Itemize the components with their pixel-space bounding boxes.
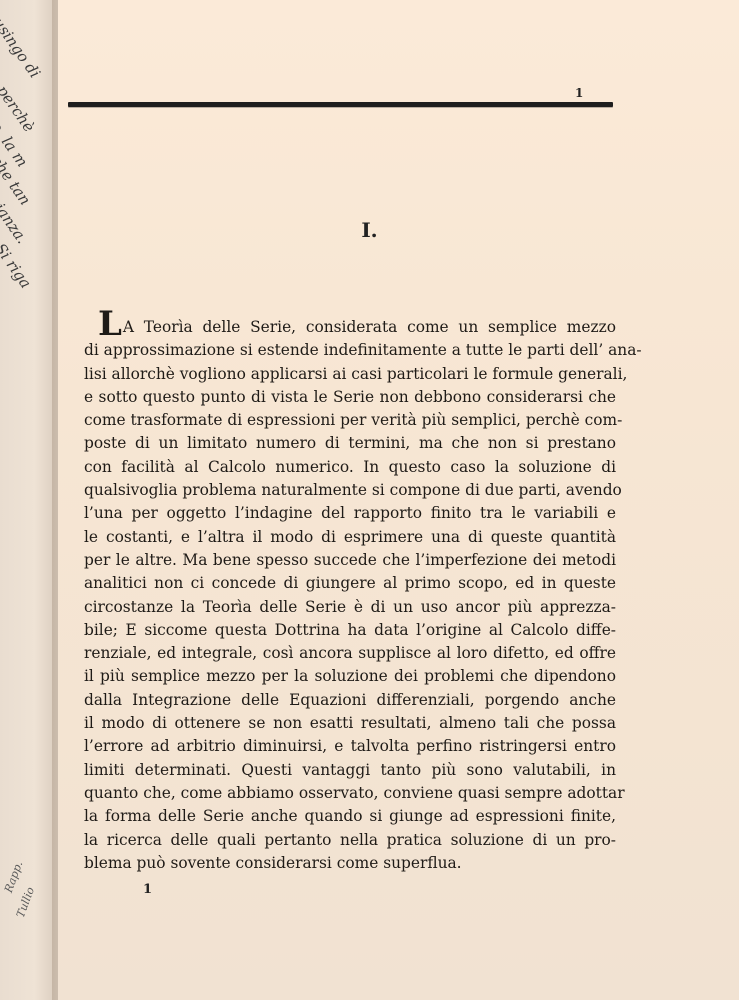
text-line: il più semplice mezzo per la soluzione d… <box>84 665 616 688</box>
text-line: blema può sovente considerarsi come supe… <box>84 852 616 875</box>
text-line: qualsivoglia problema naturalmente si co… <box>84 479 616 502</box>
drop-cap: L <box>98 304 122 344</box>
text-line: l’errore ad arbitrio diminuirsi, e talvo… <box>84 735 616 758</box>
text-line-content: A Teorìa delle Serie, considerata come u… <box>123 318 616 336</box>
text-line: quanto che, come abbiamo osservato, conv… <box>84 782 616 805</box>
signature-mark: 1 <box>143 882 152 897</box>
handwritten-note: usingo di <box>0 14 44 81</box>
body-paragraph: LA Teorìa delle Serie, considerata come … <box>84 314 616 875</box>
text-line: bile; E siccome questa Dottrina ha data … <box>84 619 616 642</box>
text-line: dalla Integrazione delle Equazioni diffe… <box>84 689 616 712</box>
page-number: 1 <box>575 86 583 100</box>
text-line: LA Teorìa delle Serie, considerata come … <box>84 314 616 339</box>
text-line: con facilità al Calcolo numerico. In que… <box>84 456 616 479</box>
text-line: circostanze la Teorìa delle Serie è di u… <box>84 596 616 619</box>
handwritten-note: Si riga <box>0 240 35 292</box>
text-line: il modo di ottenere se non esatti result… <box>84 712 616 735</box>
text-line: come trasformate di espressioni per veri… <box>84 409 616 432</box>
text-line: poste di un limitato numero di termini, … <box>84 432 616 455</box>
text-line: la forma delle Serie anche quando si giu… <box>84 805 616 828</box>
text-line: analitici non ci concede di giungere al … <box>84 572 616 595</box>
facing-page: usingo di perchè o, la m che tan nianza.… <box>0 0 58 1000</box>
text-line: l’una per oggetto l’indagine del rapport… <box>84 502 616 525</box>
chapter-heading: I. <box>0 218 739 242</box>
text-line: di approssimazione si estende indefinita… <box>84 339 616 362</box>
text-line: limiti determinati. Questi vantaggi tant… <box>84 759 616 782</box>
handwritten-annotation: Rapp. <box>2 859 25 894</box>
text-line: renziale, ed integrale, così ancora supp… <box>84 642 616 665</box>
text-line: per le altre. Ma bene spesso succede che… <box>84 549 616 572</box>
handwritten-annotation: Tullio <box>14 885 37 919</box>
text-line: lisi allorchè vogliono applicarsi ai cas… <box>84 363 616 386</box>
text-line: la ricerca delle quali pertanto nella pr… <box>84 829 616 852</box>
text-line: le costanti, e l’altra il modo di esprim… <box>84 526 616 549</box>
header-rule <box>68 102 613 107</box>
text-line: e sotto questo punto di vista le Serie n… <box>84 386 616 409</box>
